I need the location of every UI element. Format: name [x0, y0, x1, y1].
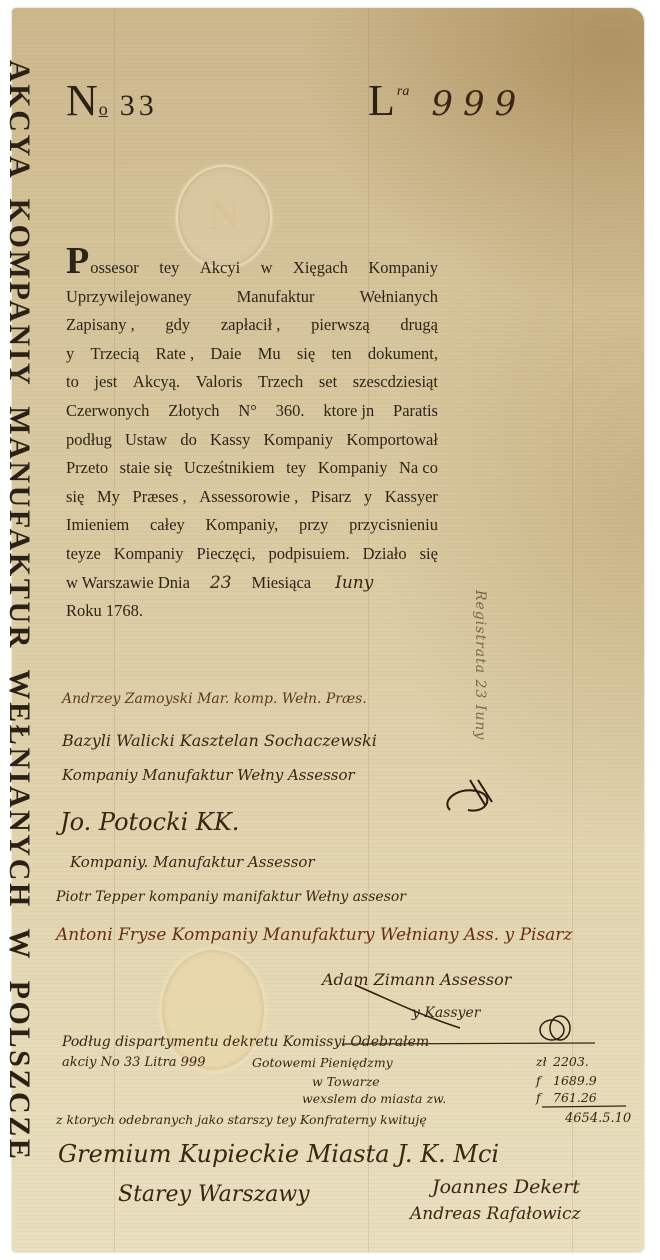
- body-line: Zapisany , gdy zapłacił , pierwszą drugą: [66, 311, 438, 340]
- body-word: Kassyer: [385, 483, 438, 512]
- body-word: Przeto: [66, 454, 108, 483]
- body-word: Manufaktur: [237, 283, 315, 312]
- embossed-wax-seal-icon: [160, 948, 266, 1072]
- share-number: No 33: [66, 75, 158, 126]
- body-word: Daie: [210, 340, 241, 369]
- body-line: to jest Akcyą. Valoris Trzech set szescd…: [66, 368, 438, 397]
- number-value: 33: [120, 89, 158, 123]
- year-text: Roku 1768.: [66, 597, 143, 626]
- amount-goods: 1689.9: [553, 1073, 597, 1088]
- body-word: podług: [66, 426, 112, 455]
- signature-walicki-title: Kompaniy Manufaktur Wełny Assessor: [62, 766, 355, 784]
- body-word: Paratis: [393, 397, 438, 426]
- body-word: całey: [150, 511, 185, 540]
- body-word: Kompaniy: [368, 254, 438, 283]
- body-word: się: [420, 540, 438, 569]
- body-word: dokument,: [368, 340, 438, 369]
- signature-dekert: Joannes Dekert: [432, 1176, 580, 1198]
- vertical-title-band: AKCYA KOMPANIY MANUFAKTUR WEŁNIANYCH W P…: [2, 60, 38, 1250]
- signature-assessor-title: Kompaniy. Manufaktur Assessor: [70, 853, 315, 871]
- body-word: Pieczęci,: [196, 540, 255, 569]
- body-word: pierwszą: [311, 311, 370, 340]
- amount-total: 4654.5.10: [565, 1111, 631, 1126]
- body-word: Imieniem: [66, 511, 129, 540]
- body-word: gdy: [165, 311, 190, 340]
- body-word: szescdziesiąt: [353, 368, 438, 397]
- body-word: tey: [286, 454, 306, 483]
- body-word: Mu: [258, 340, 281, 369]
- body-word: 360.: [276, 397, 305, 426]
- body-word: się: [297, 340, 315, 369]
- endorsement-share-ref: akciy No 33 Litra 999: [62, 1055, 205, 1070]
- body-word: Assessorowie ,: [199, 483, 298, 512]
- signature-fryse: Antoni Fryse Kompaniy Manufaktury Wełnia…: [56, 925, 572, 945]
- body-word: Trzecią: [90, 340, 139, 369]
- body-word: Kassy: [210, 426, 250, 455]
- body-word: Działo: [363, 540, 407, 569]
- body-word: to: [66, 368, 79, 397]
- letter-label-superscript: ra: [397, 84, 409, 100]
- body-word: Xięgach: [293, 254, 348, 283]
- body-word: Wełnianych: [360, 283, 438, 312]
- date-day: 23: [210, 569, 232, 598]
- body-word: Akcyą.: [133, 368, 180, 397]
- body-word: teyze: [66, 540, 101, 569]
- body-word: Rate ,: [156, 340, 195, 369]
- share-letter: Lra 999: [368, 75, 526, 126]
- year-line: Roku 1768.: [66, 597, 438, 626]
- date-line: w Warszawie Dnia 23 Miesiąca Iuny: [66, 569, 438, 598]
- strikethrough-line: [340, 1040, 600, 1048]
- body-word: N°: [238, 397, 257, 426]
- body-word: Pisarz: [311, 483, 351, 512]
- margin-registration-note: Registrata 23 Iuny: [472, 590, 488, 740]
- guild-city: Starey Warszawy: [118, 1182, 310, 1207]
- body-word: tey: [159, 254, 179, 283]
- dropcap-word: Possesor: [66, 247, 139, 283]
- body-word: ten: [331, 340, 351, 369]
- date-prefix: w Warszawie Dnia: [66, 569, 190, 598]
- body-line: Imieniem całey Kompaniy, przy przycisnie…: [66, 511, 438, 540]
- body-word: podpisuiem.: [269, 540, 350, 569]
- guild-name: Gremium Kupieckie Miasta J. K. Mci: [58, 1140, 499, 1168]
- body-word: Uprzywilejowaney: [66, 283, 192, 312]
- body-word: Złotych: [168, 397, 219, 426]
- body-word: Trzech: [258, 368, 303, 397]
- signature-flourish-icon: [440, 770, 520, 820]
- body-word: przycisnieniu: [349, 511, 438, 540]
- body-word: Zapisany ,: [66, 311, 135, 340]
- letter-label: L: [368, 75, 395, 126]
- body-word: set: [319, 368, 337, 397]
- body-word: Na co: [399, 454, 438, 483]
- body-word: jest: [94, 368, 117, 397]
- body-word: do: [180, 426, 197, 455]
- body-word: Ucześtnikiem: [184, 454, 275, 483]
- date-month-label: Miesiąca: [252, 569, 312, 598]
- vertical-title: AKCYA KOMPANIY MANUFAKTUR WEŁNIANYCH W P…: [2, 60, 36, 1250]
- endorsement-goods: w Towarze: [312, 1074, 380, 1089]
- body-word: Kompaniy: [318, 454, 388, 483]
- body-line: y Trzecią Rate , Daie Mu się ten dokumen…: [66, 340, 438, 369]
- body-word: drugą: [400, 311, 438, 340]
- body-word: ktore jn: [323, 397, 374, 426]
- body-word: Kompaniy: [114, 540, 184, 569]
- signature-tepper: Piotr Tepper kompaniy manifaktur Wełny a…: [56, 889, 406, 905]
- body-line: Czerwonych Złotych N° 360. ktore jn Para…: [66, 397, 438, 426]
- body-word: Valoris: [196, 368, 243, 397]
- body-line: Przeto staie się Ucześtnikiem tey Kompan…: [66, 454, 438, 483]
- body-line: podług Ustaw do Kassy Kompaniy Komportow…: [66, 426, 438, 455]
- signature-rafalowicz: Andreas Rafałowicz: [410, 1204, 581, 1224]
- body-word: Ustaw: [125, 426, 167, 455]
- body-word: y: [364, 483, 372, 512]
- body-word: Præses ,: [133, 483, 187, 512]
- endorsement-bill: wexslem do miasta zw.: [302, 1091, 446, 1106]
- body-word: przy: [299, 511, 328, 540]
- sum-underline: [540, 1104, 630, 1110]
- letter-value: 999: [431, 84, 526, 124]
- amount-mark: zł: [536, 1054, 547, 1069]
- body-word: zapłacił ,: [221, 311, 281, 340]
- amount-mark: f: [536, 1090, 541, 1105]
- body-line: Uprzywilejowaney Manufaktur Wełnianych: [66, 283, 438, 312]
- body-word: staie się: [120, 454, 173, 483]
- body-line: Possesor tey Akcyi w Xięgach Kompaniy: [66, 254, 438, 283]
- number-label-superscript: o: [99, 99, 108, 120]
- signature-zamoyski: Andrzey Zamoyski Mar. komp. Wełn. Præs.: [62, 691, 367, 707]
- certificate-body-text: Possesor tey Akcyi w Xięgach Kompaniy Up…: [66, 254, 438, 626]
- body-line: teyze Kompaniy Pieczęci, podpisuiem. Dzi…: [66, 540, 438, 569]
- endorsement-receipt-line: z ktorych odebranych jako starszy tey Ko…: [56, 1112, 427, 1127]
- date-month: Iuny: [335, 569, 373, 598]
- body-word: Czerwonych: [66, 397, 149, 426]
- body-word: My: [97, 483, 120, 512]
- signature-flourish-icon: [350, 960, 480, 1030]
- amount-bill: 761.26: [553, 1090, 597, 1105]
- number-label: N: [66, 75, 98, 126]
- drop-cap: P: [66, 240, 89, 282]
- amount-cash: 2203.: [553, 1054, 589, 1069]
- body-word: w: [261, 254, 273, 283]
- body-word: się: [66, 483, 84, 512]
- body-word: Akcyi: [200, 254, 240, 283]
- endorsement-cash: Gotowemi Pieniędzmy: [252, 1055, 393, 1070]
- body-word: Kompaniy,: [206, 511, 279, 540]
- signature-potocki: Jo. Potocki KK.: [60, 808, 239, 836]
- body-line: się My Præses , Assessorowie , Pisarz y …: [66, 483, 438, 512]
- body-word: Komportował: [346, 426, 438, 455]
- body-word: y: [66, 340, 74, 369]
- amount-mark: f: [536, 1073, 541, 1088]
- seal-monogram: N: [178, 189, 270, 240]
- body-word: Kompaniy: [263, 426, 333, 455]
- signature-walicki: Bazyli Walicki Kasztelan Sochaczewski: [62, 731, 377, 750]
